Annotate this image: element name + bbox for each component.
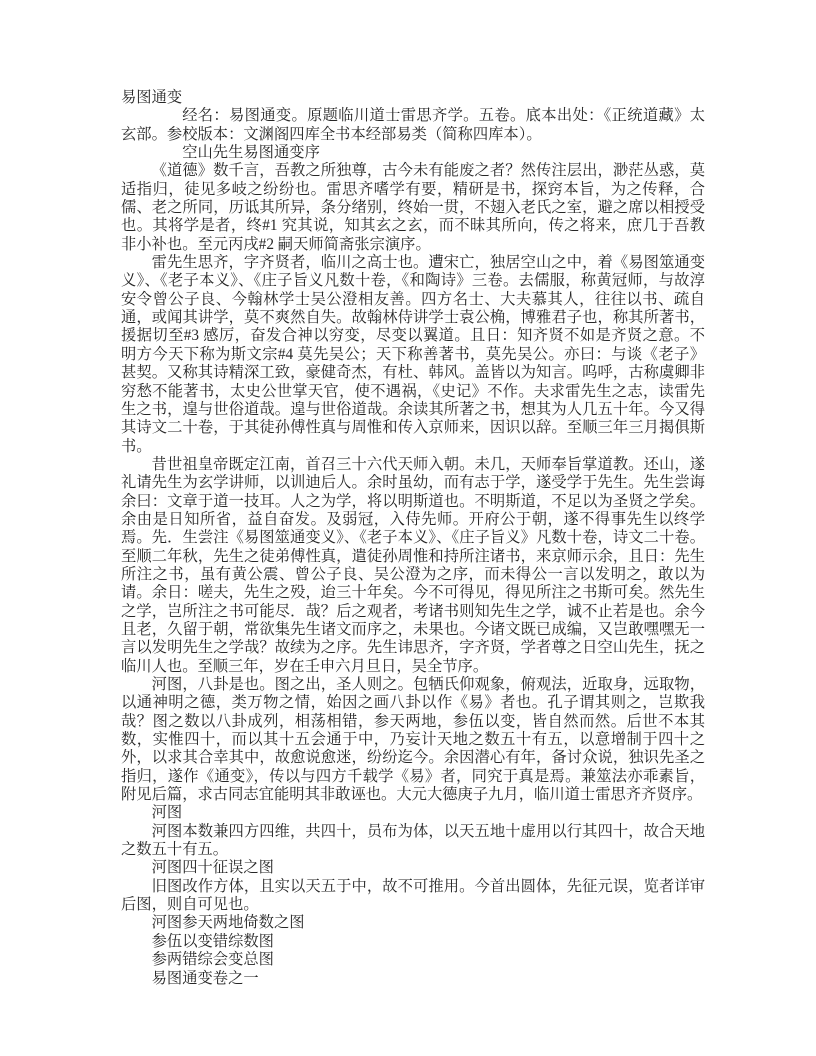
section-heading: 参伍以变错综数图 — [121, 933, 705, 951]
section-heading: 易图通变卷之一 — [121, 970, 705, 988]
paragraph: 旧图改作方体，且实以天五于中，故不可推用。今首出圆体，先征元误，览者详审后图，则… — [121, 878, 705, 915]
paragraph: 雷先生思齐，字齐贤者，临川之高士也。遭宋亡，独居空山之中，着《易图筮通变义》、《… — [121, 254, 705, 456]
paragraph: 《道德》数千言，吾教之所独尊，古今未有能废之者？然传注层出，渺茫丛惑，莫适指归，… — [121, 162, 705, 254]
document-text: 易图通变经名：易图通变。原题临川道士雷思齐学。五卷。底本出处：《正统道藏》太玄部… — [121, 89, 705, 988]
paragraph: 河图，八卦是也。图之出，圣人则之。包牺氏仰观象，俯观法，近取身，远取物，以通神明… — [121, 676, 705, 804]
section-heading: 河图 — [121, 804, 705, 822]
section-heading: 空山先生易图通变序 — [121, 144, 705, 162]
section-heading: 河图参天两地倚数之图 — [121, 914, 705, 932]
document-page: 易图通变经名：易图通变。原题临川道士雷思齐学。五卷。底本出处：《正统道藏》太玄部… — [0, 0, 816, 1056]
document-title: 易图通变 — [121, 89, 705, 107]
section-heading: 参两错综会变总图 — [121, 951, 705, 969]
paragraph: 昔世祖皇帝既定江南，首召三十六代天师入朝。未几，天师奉旨掌道教。还山，遂礼请先生… — [121, 456, 705, 676]
paragraph: 河图本数兼四方四维，共四十，员布为体，以天五地十虚用以行其四十，故合天地之数五十… — [121, 823, 705, 860]
section-heading: 河图四十征误之图 — [121, 859, 705, 877]
paragraph: 经名：易图通变。原题临川道士雷思齐学。五卷。底本出处：《正统道藏》太玄部。参校版… — [121, 107, 705, 144]
